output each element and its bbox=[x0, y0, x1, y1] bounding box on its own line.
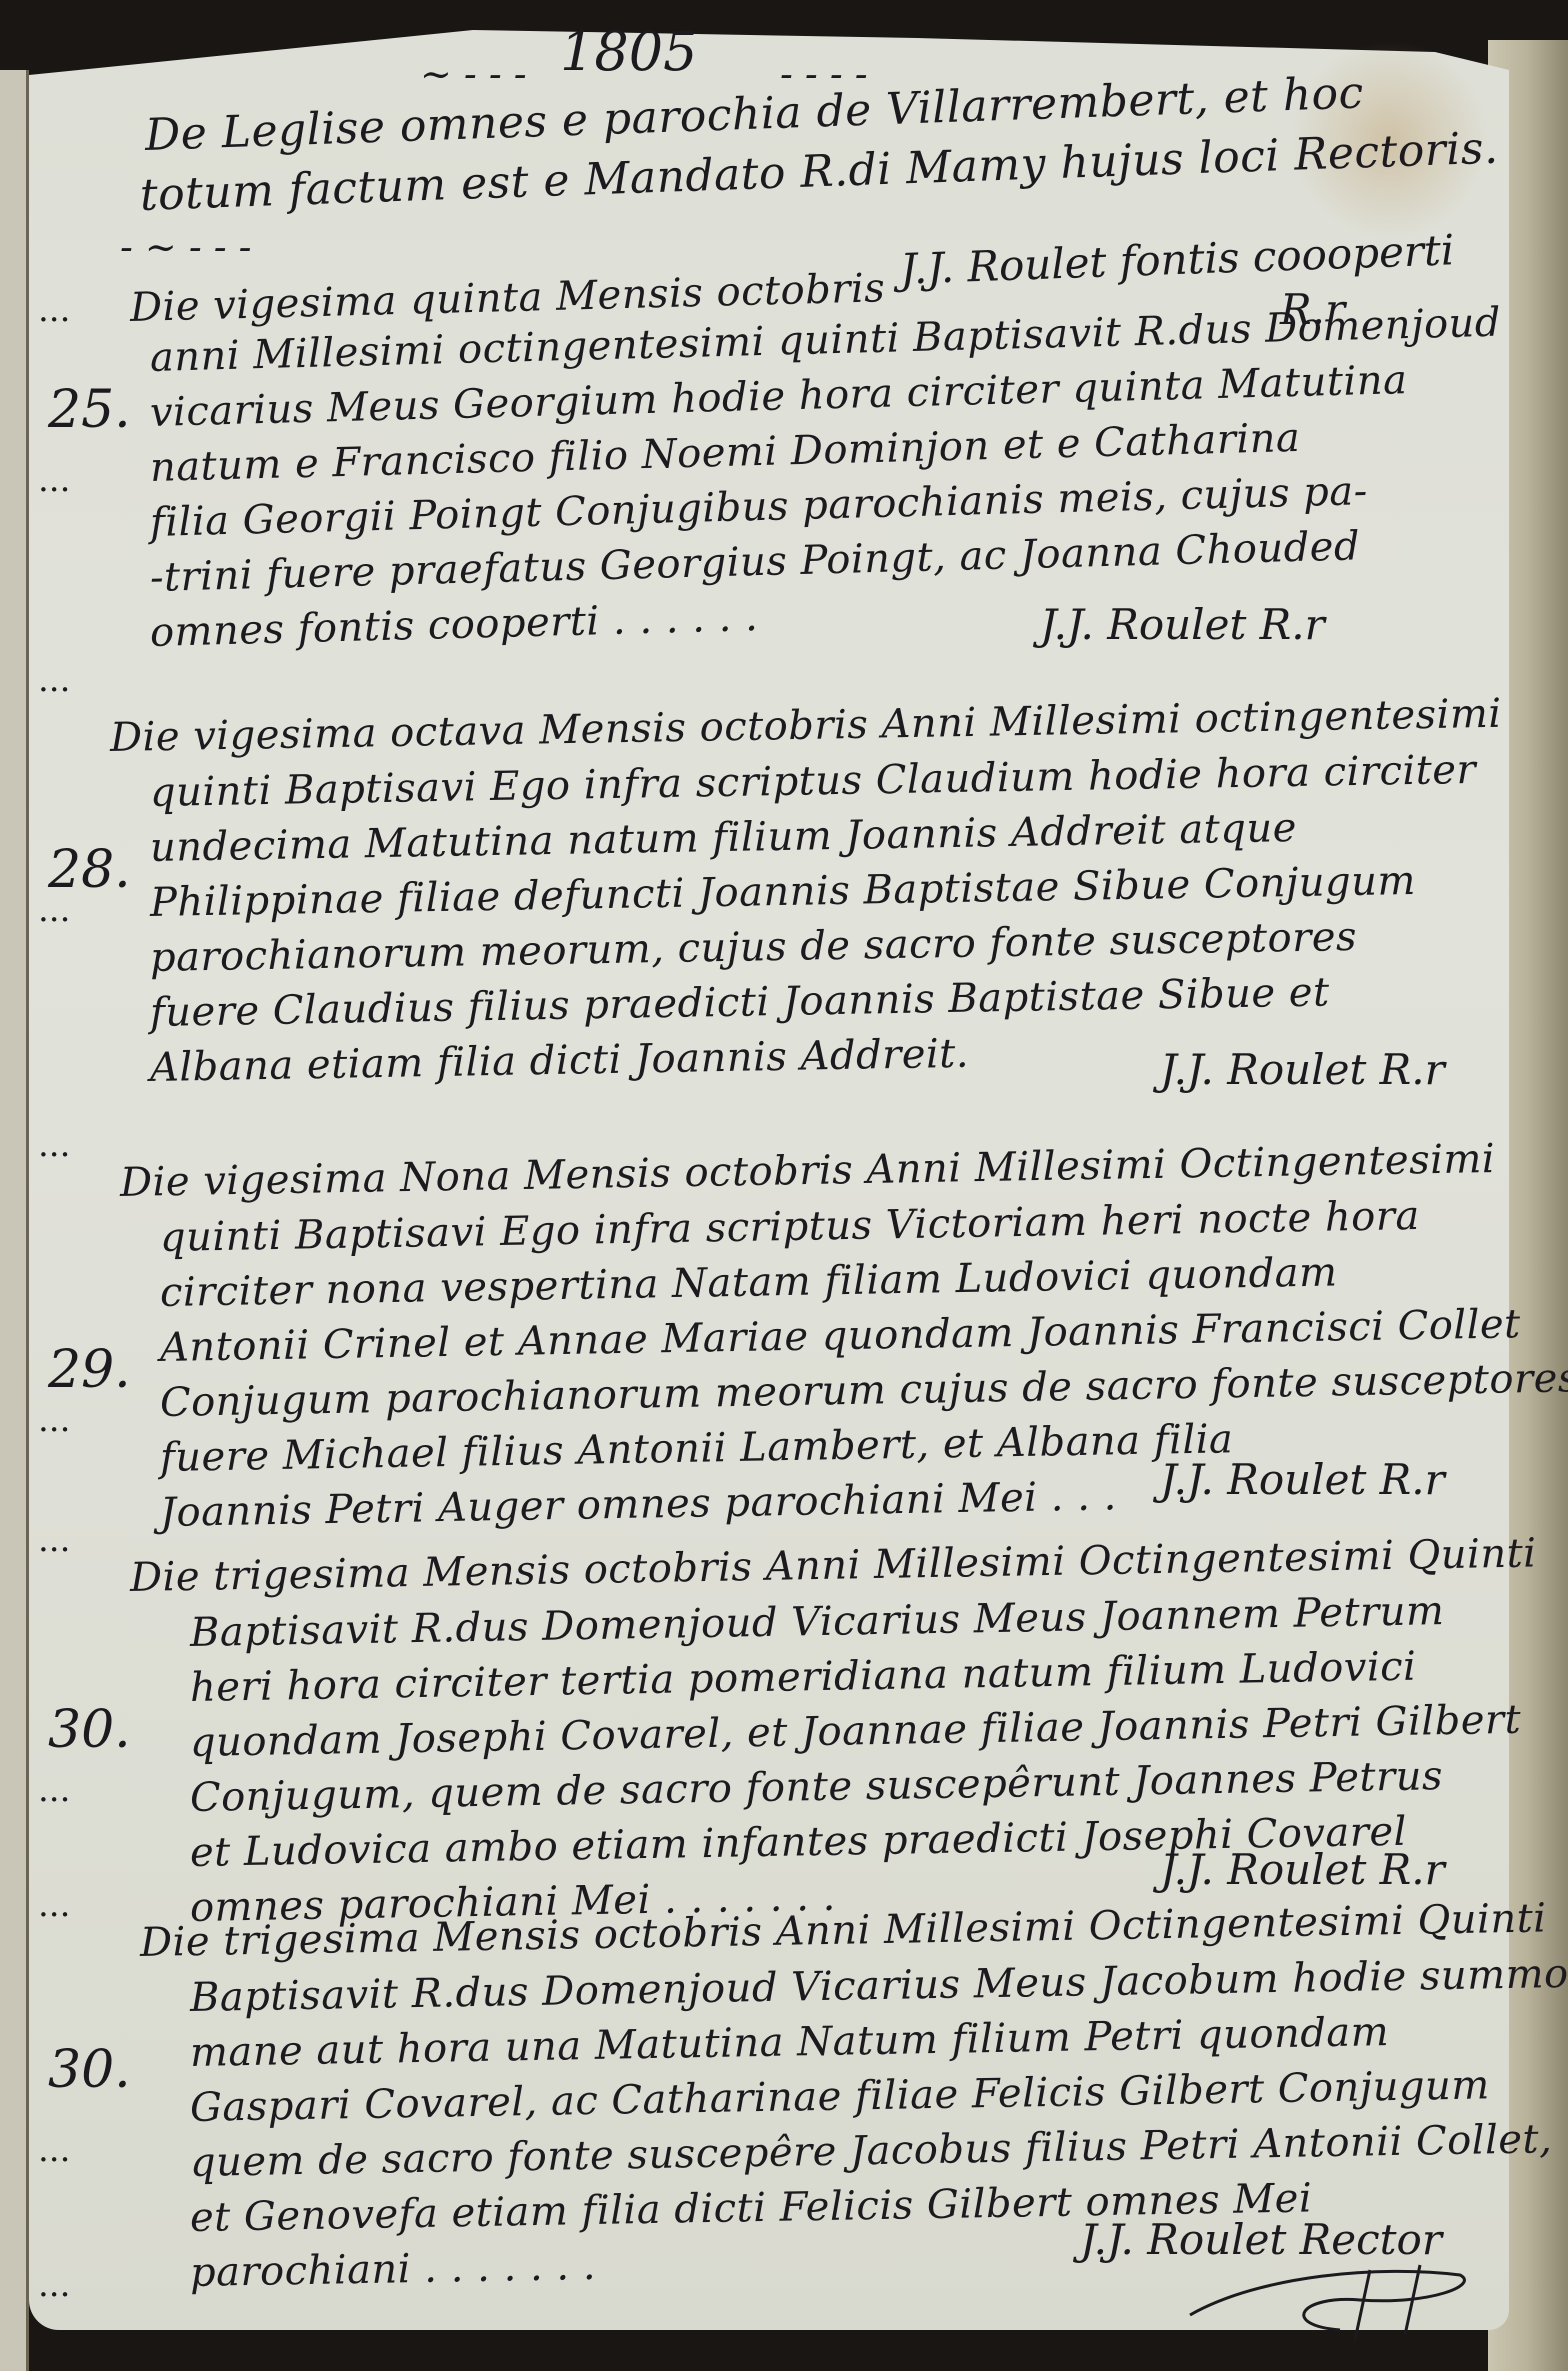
entry-25-signature: J.J. Roulet R.r bbox=[1040, 600, 1325, 649]
margin-dots: ... bbox=[38, 290, 70, 330]
margin-dots: ... bbox=[38, 2130, 70, 2170]
entry-29-signature: J.J. Roulet R.r bbox=[1160, 1455, 1445, 1504]
margin-day-30a: 30. bbox=[48, 1700, 131, 1760]
margin-day-29: 29. bbox=[48, 1340, 131, 1400]
margin-day-30b: 30. bbox=[48, 2040, 131, 2100]
margin-dots: ... bbox=[38, 1885, 70, 1925]
signature-name: J.J. Roulet bbox=[899, 237, 1107, 293]
entry-30b-line-7: parochiani . . . . . . . bbox=[190, 2243, 597, 2296]
margin-dots: ... bbox=[38, 660, 70, 700]
entry-28-signature: J.J. Roulet R.r bbox=[1160, 1045, 1445, 1094]
margin-dots: ... bbox=[38, 460, 70, 500]
intro-dashes: - ~ - - - bbox=[120, 225, 252, 269]
margin-dots: ... bbox=[38, 1125, 70, 1165]
year-header: 1805 bbox=[560, 20, 697, 83]
margin-dots: ... bbox=[38, 1770, 70, 1810]
margin-day-25: 25. bbox=[48, 380, 131, 440]
margin-dots: ... bbox=[38, 1400, 70, 1440]
facing-page-edge bbox=[0, 70, 29, 2371]
entry-30a-signature: J.J. Roulet R.r bbox=[1160, 1845, 1445, 1894]
header-dashes-left: ~ - - - bbox=[420, 52, 527, 96]
signature-flourish-icon bbox=[1180, 2255, 1500, 2345]
margin-dots: ... bbox=[38, 1520, 70, 1560]
margin-dots: ... bbox=[38, 890, 70, 930]
margin-dots: ... bbox=[38, 2265, 70, 2305]
